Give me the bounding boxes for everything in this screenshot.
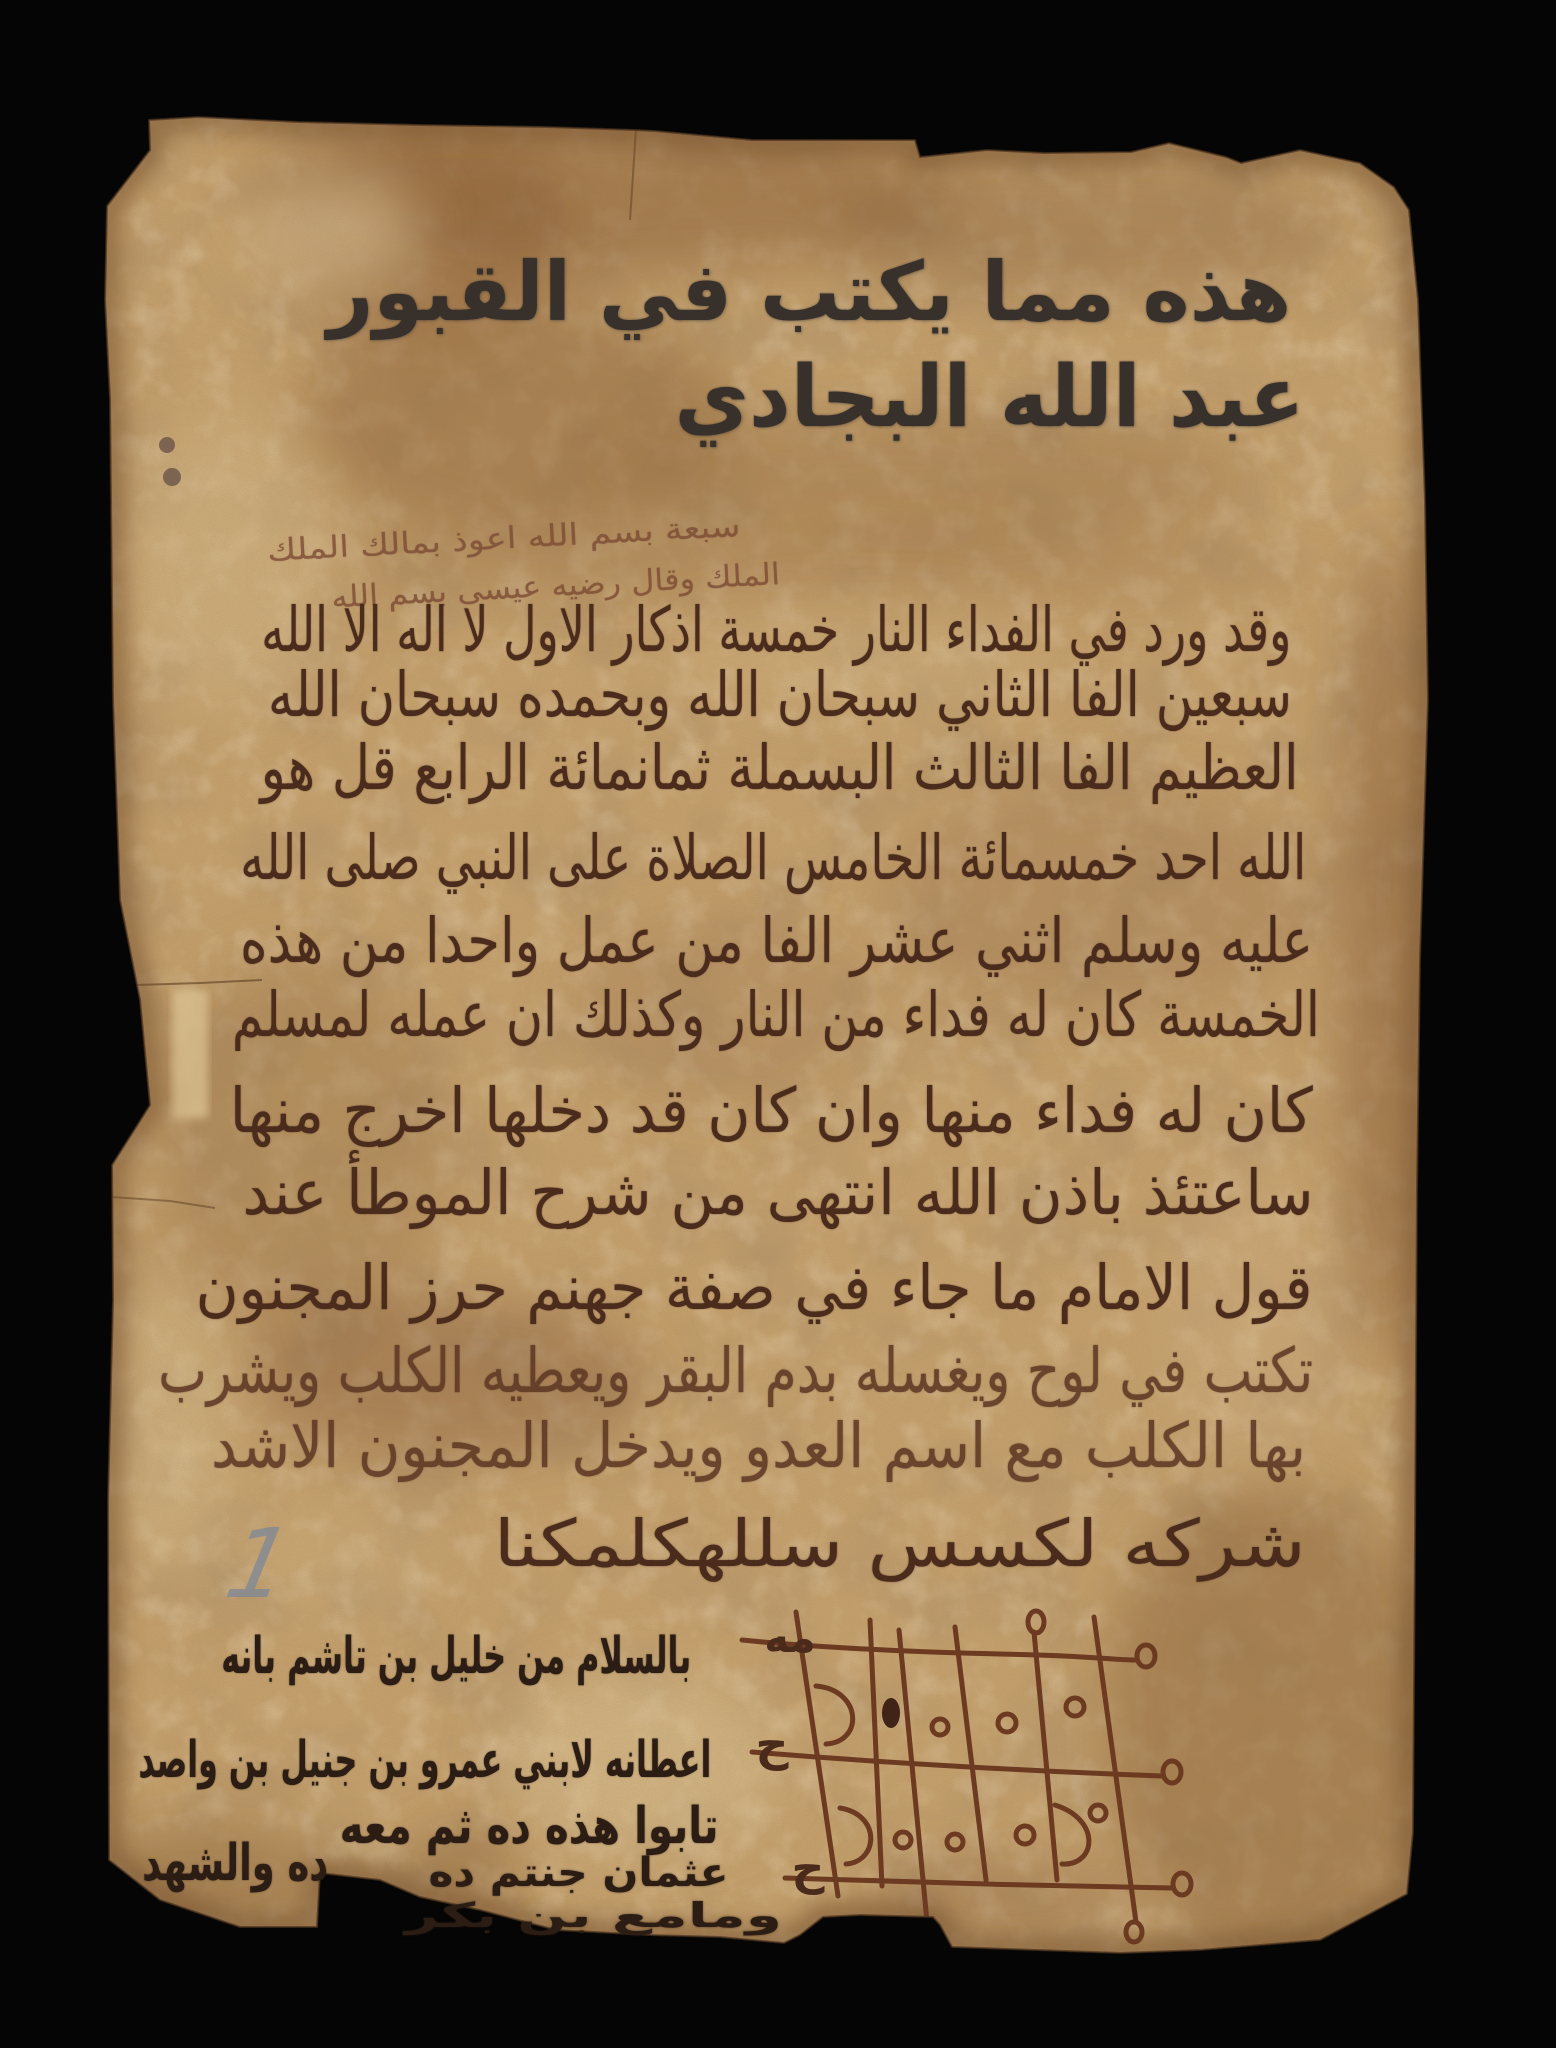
colophon-text: بالسلام من خليل بن تاشم بانه bbox=[221, 1630, 691, 1681]
colophon-text: تابوا هذه ده ثم معه bbox=[340, 1800, 719, 1851]
body-text: الله احد خمسمائة الخامس الصلاة على النبي… bbox=[240, 827, 1306, 889]
heading-text: هذه مما يكتب في القبور bbox=[327, 252, 1291, 333]
body-text: ساعتئذ باذن الله انتهى من شرح الموطأ عند bbox=[242, 1162, 1313, 1224]
body-text: عليه وسلم اثني عشر الفا من عمل واحدا من … bbox=[240, 910, 1313, 972]
body-line-10: تكتب في لوح ويغسله بدم البقر ويعطيه الكل… bbox=[158, 1347, 1313, 1401]
body-line-6: الخمسة كان له فداء من النار وكذلك ان عمل… bbox=[232, 991, 1320, 1045]
ink-dot bbox=[159, 437, 175, 453]
ink-dot bbox=[163, 468, 181, 486]
body-line-7: كان له فداء منها وان كان قد دخلها اخرج م… bbox=[230, 1087, 1313, 1141]
body-text: سبعين الفا الثاني سبحان الله وبحمده سبحا… bbox=[268, 664, 1292, 726]
grid-filled-mark bbox=[882, 1698, 900, 1728]
body-text: وقد ورد في الفداء النار خمسة اذكار الاول… bbox=[261, 599, 1291, 661]
body-line-8: ساعتئذ باذن الله انتهى من شرح الموطأ عند bbox=[242, 1169, 1313, 1223]
heading-line-1: هذه مما يكتب في القبور bbox=[327, 258, 1291, 332]
body-text: تكتب في لوح ويغسله بدم البقر ويعطيه الكل… bbox=[158, 1340, 1313, 1402]
colophon-line-6: ومامع بن بكر bbox=[405, 1899, 782, 1933]
grid-side-letter: ح bbox=[755, 1717, 789, 1771]
body-line-5: عليه وسلم اثني عشر الفا من عمل واحدا من … bbox=[240, 917, 1313, 971]
body-line-2: سبعين الفا الثاني سبحان الله وبحمده سبحا… bbox=[268, 671, 1292, 725]
colophon-line-2: اعطانه لابني عمرو بن جنيل بن واصد bbox=[138, 1738, 711, 1784]
heading-text: عبد الله البجادي bbox=[675, 355, 1305, 440]
body-text: العظيم الفا الثالث البسملة ثمانمائة الرا… bbox=[261, 737, 1299, 799]
colophon-text: ده والشهد bbox=[142, 1837, 328, 1888]
body-line-1: وقد ورد في الفداء النار خمسة اذكار الاول… bbox=[261, 606, 1291, 660]
colophon-text: اعطانه لابني عمرو بن جنيل بن واصد bbox=[138, 1734, 711, 1785]
body-text: شركه لكسس سللهكلمكنا bbox=[494, 1512, 1306, 1577]
body-line-11: بها الكلب مع اسم العدو ويدخل المجنون الا… bbox=[211, 1422, 1306, 1476]
colophon-line-5: عثمان جنتم ده bbox=[428, 1853, 728, 1893]
colophon-text: عثمان جنتم ده bbox=[428, 1853, 728, 1893]
body-line-4: الله احد خمسمائة الخامس الصلاة على النبي… bbox=[240, 834, 1306, 888]
body-line-9: قول الامام ما جاء في صفة جهنم حرز المجنو… bbox=[196, 1264, 1313, 1318]
body-text: كان له فداء منها وان كان قد دخلها اخرج م… bbox=[230, 1080, 1313, 1142]
body-text: قول الامام ما جاء في صفة جهنم حرز المجنو… bbox=[196, 1257, 1313, 1319]
body-line-3: العظيم الفا الثالث البسملة ثمانمائة الرا… bbox=[261, 744, 1299, 798]
body-text: بها الكلب مع اسم العدو ويدخل المجنون الا… bbox=[211, 1415, 1306, 1477]
heading-line-2: عبد الله البجادي bbox=[675, 364, 1305, 438]
body-line-12: شركه لكسس سللهكلمكنا bbox=[494, 1521, 1306, 1575]
colophon-line-1: بالسلام من خليل بن تاشم بانه bbox=[221, 1634, 691, 1680]
grid-top-label: مه bbox=[764, 1613, 815, 1662]
colophon-line-3: تابوا هذه ده ثم معه bbox=[340, 1804, 719, 1850]
colophon-text: ومامع بن بكر bbox=[405, 1899, 782, 1933]
body-text: الخمسة كان له فداء من النار وكذلك ان عمل… bbox=[232, 984, 1320, 1046]
grid-side-letter: ح bbox=[791, 1841, 825, 1895]
colophon-line-4: ده والشهد bbox=[142, 1841, 328, 1887]
